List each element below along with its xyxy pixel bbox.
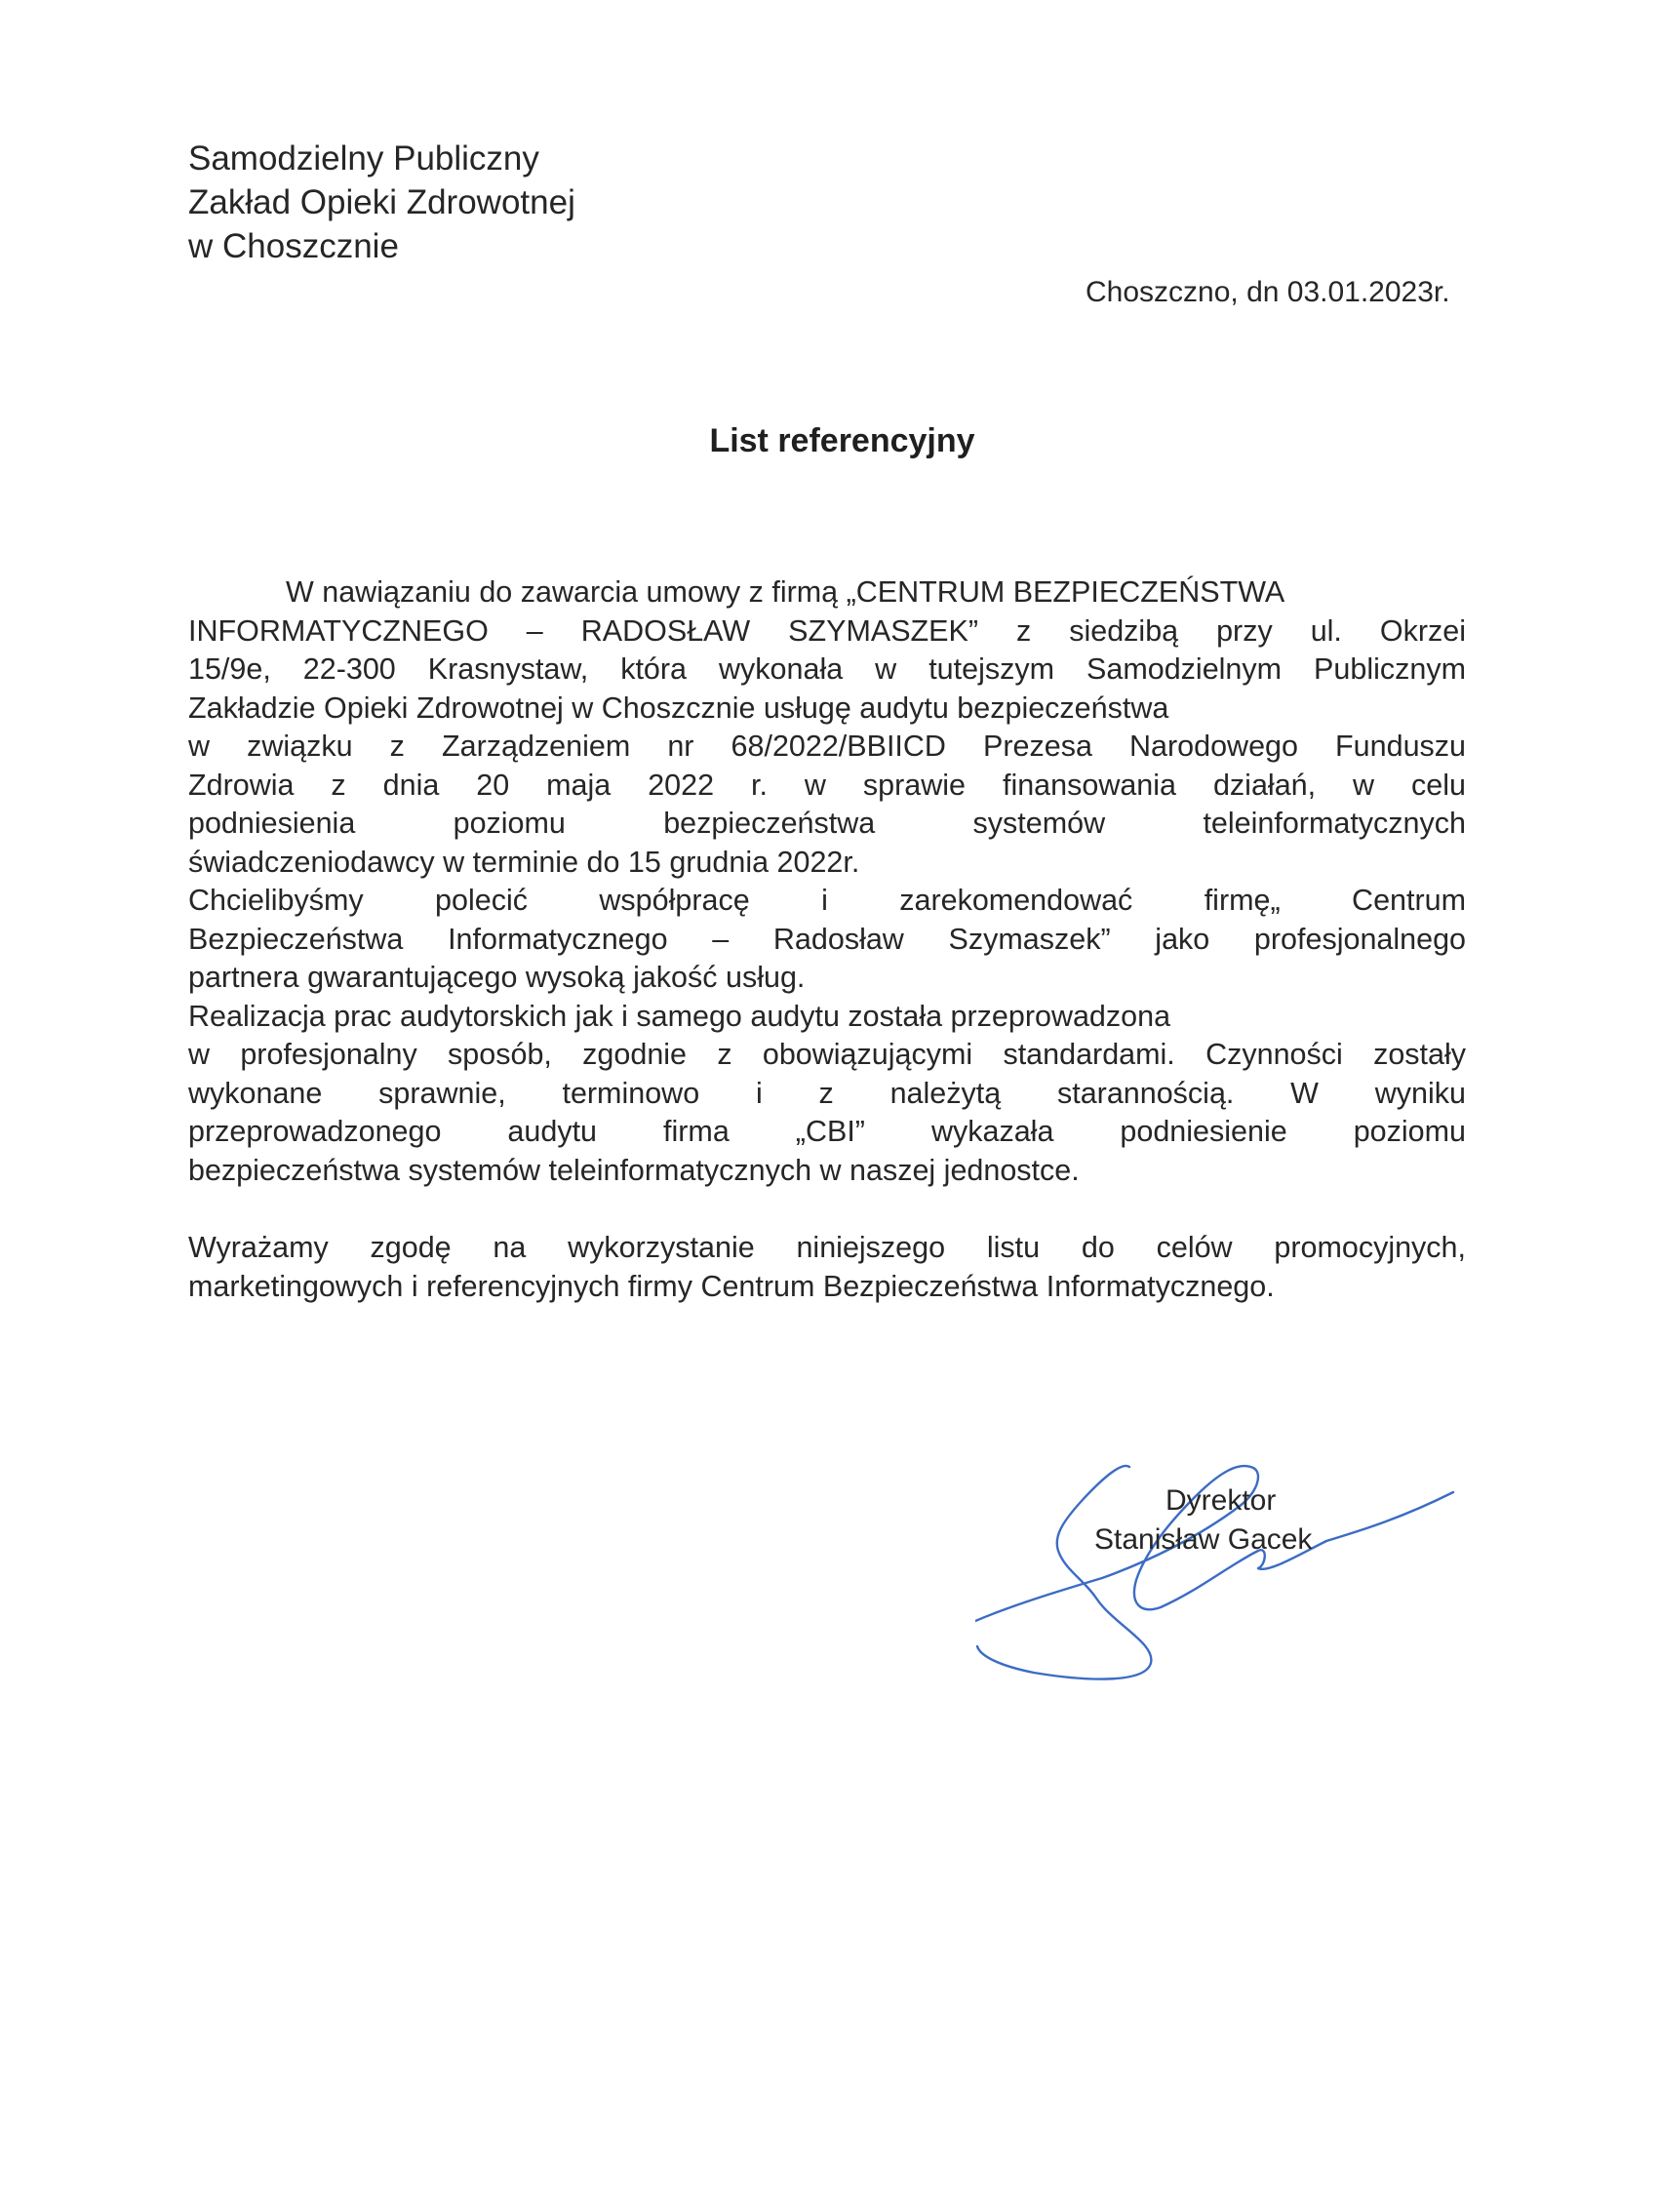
sender-line: Zakład Opieki Zdrowotnej <box>188 180 575 224</box>
text-line: INFORMATYCZNEGO – RADOSŁAW SZYMASZEK” z … <box>188 612 1466 652</box>
text-line: wykonane sprawnie, terminowo i z należyt… <box>188 1075 1466 1114</box>
text-line: w związku z Zarządzeniem nr 68/2022/BBII… <box>188 728 1466 767</box>
text-line: marketingowych i referencyjnych firmy Ce… <box>188 1268 1466 1307</box>
text-line: Realizacja prac audytorskich jak i sameg… <box>188 998 1466 1037</box>
text-line: przeprowadzonego audytu firma „CBI” wyka… <box>188 1113 1466 1152</box>
document-title: List referencyjny <box>0 419 1659 462</box>
letter-body: W nawiązaniu do zawarcia umowy z firmą „… <box>188 573 1466 1306</box>
text-line: Wyrażamy zgodę na wykorzystanie niniejsz… <box>188 1229 1466 1268</box>
text-line: bezpieczeństwa systemów teleinformatyczn… <box>188 1152 1466 1191</box>
paragraph-contract: W nawiązaniu do zawarcia umowy z firmą „… <box>188 573 1466 882</box>
paragraph-consent: Wyrażamy zgodę na wykorzystanie niniejsz… <box>188 1229 1466 1306</box>
sender-line: w Choszcznie <box>188 224 575 268</box>
signature-block: Dyrektor Stanisław Gacek <box>975 1443 1521 1717</box>
paragraph-recommendation: Chcielibyśmy polecić współpracę i zareko… <box>188 882 1466 998</box>
text-line: świadczeniodawcy w terminie do 15 grudni… <box>188 844 1466 883</box>
signatory-role: Dyrektor <box>1165 1482 1276 1520</box>
text-line: podniesienia poziomu bezpieczeństwa syst… <box>188 805 1466 844</box>
paragraph-spacer <box>188 1190 1466 1229</box>
sender-address: Samodzielny Publiczny Zakład Opieki Zdro… <box>188 137 575 268</box>
text-line: w profesjonalny sposób, zgodnie z obowią… <box>188 1036 1466 1075</box>
place-and-date: Choszczno, dn 03.01.2023r. <box>1086 273 1450 312</box>
paragraph-audit-quality: Realizacja prac audytorskich jak i sameg… <box>188 998 1466 1191</box>
text-line: 15/9e, 22-300 Krasnystaw, która wykonała… <box>188 651 1466 690</box>
text-line: Zakładzie Opieki Zdrowotnej w Choszcznie… <box>188 690 1466 729</box>
text-line: W nawiązaniu do zawarcia umowy z firmą „… <box>188 573 1466 612</box>
text-line: Bezpieczeństwa Informatycznego – Radosła… <box>188 921 1466 960</box>
signatory-name: Stanisław Gacek <box>1094 1521 1312 1559</box>
sender-line: Samodzielny Publiczny <box>188 137 575 180</box>
text-line: Zdrowia z dnia 20 maja 2022 r. w sprawie… <box>188 767 1466 806</box>
text-line: partnera gwarantującego wysoką jakość us… <box>188 959 1466 998</box>
text-line: Chcielibyśmy polecić współpracę i zareko… <box>188 882 1466 921</box>
